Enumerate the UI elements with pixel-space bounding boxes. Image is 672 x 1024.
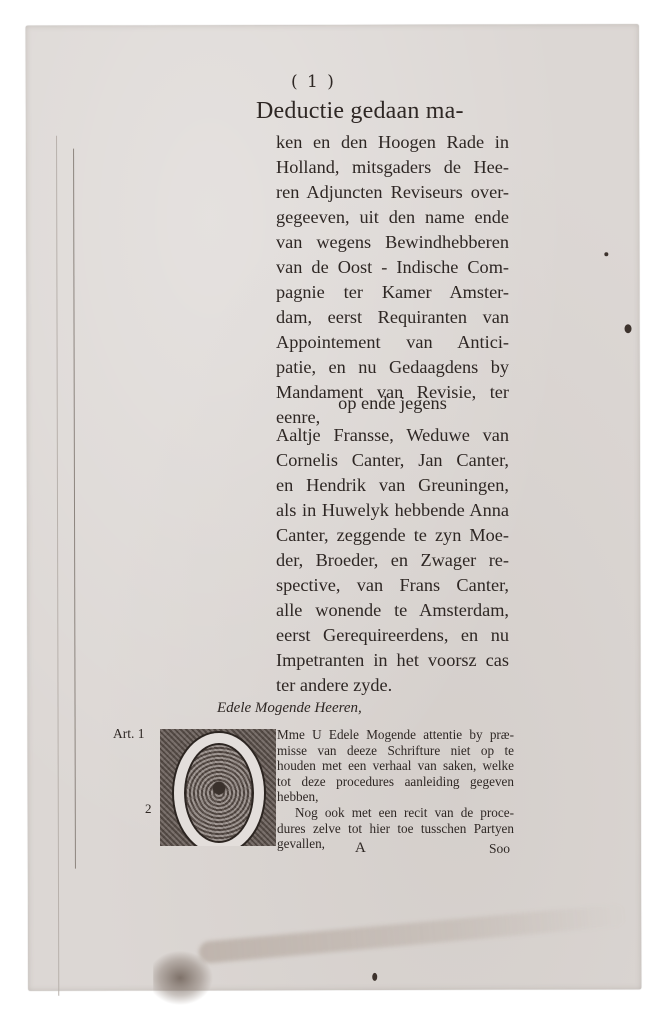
text-line: patie, en nu Gedaagdens by <box>276 355 509 380</box>
text-line: Aaltje Fransse, Weduwe van <box>276 423 509 448</box>
margin-rule <box>73 149 76 869</box>
text-line: pagnie ter Kamer Amster- <box>276 280 509 305</box>
opposing-parties: Aaltje Fransse, Weduwe van Cornelis Cant… <box>276 423 509 698</box>
text-line: dures zelve tot hier toe tusschen Partye… <box>277 821 514 837</box>
text-line: als in Huwelyk hebbende Anna <box>276 498 509 523</box>
text-line: ter andere zyde. <box>276 673 509 698</box>
ink-stain <box>153 950 213 1005</box>
water-stain <box>198 904 628 965</box>
text-line: dam, eerst Requiranten van <box>276 305 509 330</box>
article-label: Art. 1 <box>113 726 145 742</box>
catchword: Soo <box>489 841 510 857</box>
text-line: hebben, <box>277 789 514 805</box>
text-line: gegeeven, uit den name ende <box>276 205 509 230</box>
text-line: Canter, zeggende te zyn Moe- <box>276 523 509 548</box>
text-line: misse van deeze Schrifture niet op te <box>277 743 514 759</box>
text-line: houden met een verhaal van saken, welke <box>277 758 514 774</box>
foxing-spot <box>372 973 377 981</box>
foxing-spot <box>625 324 632 333</box>
text-line: ken en den Hoogen Rade in <box>276 130 509 155</box>
text-line: Nog ook met een recit van de proce- <box>277 805 514 821</box>
salutation: Edele Mogende Heeren, <box>217 700 362 717</box>
document-title: Deductie gedaan ma- <box>256 98 464 125</box>
text-line: Cornelis Canter, Jan Canter, <box>276 448 509 473</box>
text-line: eerst Gerequireerdens, en nu <box>276 623 509 648</box>
text-line: Appointement van Antici- <box>276 330 509 355</box>
text-line: Holland, mitsgaders de Hee- <box>276 155 509 180</box>
article-text: Mme U Edele Mogende attentie by præ- mis… <box>277 727 514 852</box>
text-line: van wegens Bewindhebberen <box>276 230 509 255</box>
signature-mark: A <box>355 840 366 857</box>
text-line: Impetranten in het voorsz cas <box>276 648 509 673</box>
text-line: der, Broeder, en Zwager re- <box>276 548 509 573</box>
page-edge-fold <box>56 136 59 996</box>
title-continuation: ken en den Hoogen Rade in Holland, mitsg… <box>276 130 509 430</box>
text-line: spective, van Frans Canter, <box>276 573 509 598</box>
text-line: alle wonende te Amsterdam, <box>276 598 509 623</box>
separator-text: op ende jegens <box>276 393 509 414</box>
text-line: en Hendrik van Greuningen, <box>276 473 509 498</box>
foxing-spot <box>604 252 608 256</box>
text-line: van de Oost - Indische Com- <box>276 255 509 280</box>
text-line: gevallen, <box>277 836 514 852</box>
text-line: ren Adjuncten Reviseurs over- <box>276 180 509 205</box>
drop-cap-letter-icon <box>174 733 264 846</box>
text-line: tot deze procedures aanleiding gegeven <box>277 774 514 790</box>
text-line: Mme U Edele Mogende attentie by præ- <box>277 727 514 743</box>
article-2-number: 2 <box>145 801 152 817</box>
page-number: ( 1 ) <box>291 72 336 92</box>
decorated-drop-cap-o <box>160 729 276 846</box>
